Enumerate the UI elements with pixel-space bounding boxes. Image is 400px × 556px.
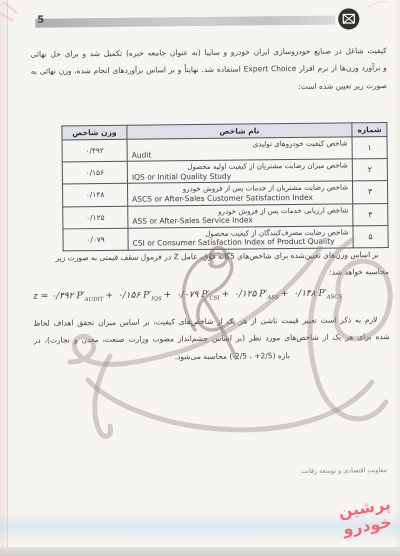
footer-department: معاونت اقتصادی و توسعه رقابت (301, 466, 387, 475)
formula-term: ۰/۱۲۵ P′ASS (234, 289, 279, 299)
indicator-weight: ۰/۱۲۵ (63, 206, 128, 229)
formula-term: ۰/۴۹۲ P′AUDIT (51, 291, 103, 302)
indicator-weight: ۰/۴۹۲ (62, 139, 127, 162)
indicator-name-cell: شاخص ارزیابی خدمات پس از فروش خودرو ASS … (128, 203, 353, 228)
weights-paragraph: بر اساس وزن‌های تعیین‌شده برای شاخص‌های … (33, 246, 389, 285)
scanned-document-page: 5 کیفیت شاغل در صنایع خودروسازی ایران خو… (0, 0, 400, 556)
formula-equals: = (41, 292, 49, 302)
indicator-weight: ۰/۱۵۶ (62, 161, 127, 184)
indicator-weight: ۰/۰۷۹ (63, 228, 128, 251)
row-number: ۴ (353, 203, 388, 226)
row-number: ۳ (352, 181, 387, 204)
text-line: شده برای هر یک از شاخص‌های مورد نظر (بر … (34, 328, 390, 349)
text-line: محاسبه خواهد شد: (33, 263, 389, 284)
intro-paragraph: کیفیت شاغل در صنایع خودروسازی ایران خودر… (31, 42, 388, 98)
note-paragraph: لازم به ذکر است تغییر قیمت ناشی از هر یک… (33, 311, 390, 367)
row-number: ۵ (353, 225, 388, 248)
indicator-name-cell: شاخص رضایت مشتریان از خدمات پس از فروش خ… (127, 181, 352, 206)
plus-sign: + (105, 291, 113, 301)
row-number: ۱ (352, 137, 387, 160)
header-divider-bar (35, 16, 335, 28)
plus-sign: + (164, 290, 172, 300)
page-number: 5 (37, 15, 44, 26)
formula-term: ۰/۱۴۸ P′ASCS (293, 289, 342, 300)
indicators-table: شماره نام شاخص وزن شاخص ۱ شاخص کیفیت خود… (61, 122, 388, 251)
col-header-number: شماره (352, 123, 387, 137)
document-content: 5 کیفیت شاغل در صنایع خودروسازی ایران خو… (0, 0, 400, 556)
indicator-weight: ۰/۱۴۸ (62, 184, 127, 207)
plus-sign: + (222, 290, 230, 300)
envelope-icon (337, 7, 360, 30)
formula-term: ۰/۰۷۹ P′CSI (176, 290, 220, 300)
col-header-weight: وزن شاخص (62, 125, 127, 140)
indicator-name-cell: شاخص میزان رضایت مشتریان از کیفیت اولیه … (127, 159, 352, 184)
row-number: ۲ (352, 159, 387, 182)
plus-sign: + (281, 289, 289, 299)
formula-lhs: z (33, 292, 38, 302)
indicator-name-cell: شاخص کیفیت خودروهای تولیدی Audit (127, 137, 352, 162)
z-formula: z = ۰/۴۹۲ P′AUDIT+ ۰/۱۵۶ P′IQS+ ۰/۰۷۹ P′… (33, 289, 342, 304)
formula-term: ۰/۱۵۶ P′IQS (118, 290, 162, 300)
